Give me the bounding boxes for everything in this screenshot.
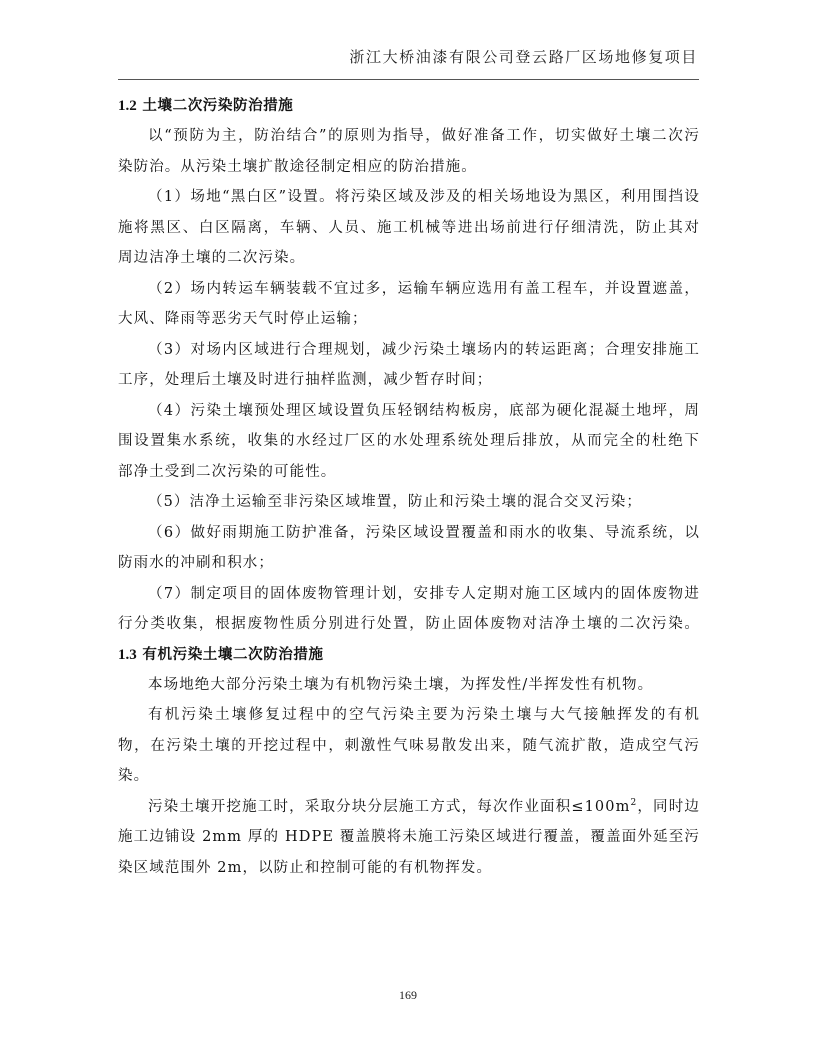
text-line: 物，在污染土壤的开挖过程中，刺激性气味易散发出来，随气流扩散，造成空气污 xyxy=(118,731,700,762)
paragraph-item-7: （7）制定项目的固体废物管理计划，安排专人定期对施工区域内的固体废物进 行分类收… xyxy=(118,579,700,640)
text-line: 施将黑区、白区隔离，车辆、人员、施工机械等进出场前进行仔细清洗，防止其对 xyxy=(118,213,700,244)
running-header: 浙江大桥油漆有限公司登云路厂区场地修复项目 xyxy=(118,46,698,67)
paragraph-item-5: （5）洁净土运输至非污染区域堆置，防止和污染土壤的混合交叉污染； xyxy=(118,487,700,518)
text-line: 周边洁净土壤的二次污染。 xyxy=(118,243,700,274)
paragraph-item-1: （1）场地“黑白区”设置。将污染区域及涉及的相关场地设为黑区，利用围挡设 施将黑… xyxy=(118,182,700,274)
text-line: 染区域范围外 2m，以防止和控制可能的有机物挥发。 xyxy=(118,853,700,884)
section-number: 1.3 xyxy=(118,647,137,663)
text-line: （5）洁净土运输至非污染区域堆置，防止和污染土壤的混合交叉污染； xyxy=(118,487,700,518)
paragraph-item-2: （2）场内转运车辆装载不宜过多，运输车辆应选用有盖工程车，并设置遮盖， 大风、降… xyxy=(118,274,700,335)
section-heading-1-2: 1.2 土壤二次污染防治措施 xyxy=(118,91,700,121)
header-divider xyxy=(118,79,699,80)
paragraph-item-3: （3）对场内区域进行合理规划，减少污染土壤场内的转运距离；合理安排施工 工序，处… xyxy=(118,335,700,396)
text-line: （1）场地“黑白区”设置。将污染区域及涉及的相关场地设为黑区，利用围挡设 xyxy=(118,182,700,213)
text-line: 行分类收集，根据废物性质分别进行处置，防止固体废物对洁净土壤的二次污染。 xyxy=(118,609,700,640)
page-number: 169 xyxy=(0,988,816,1003)
text-line: 本场地绝大部分污染土壤为有机物污染土壤，为挥发性/半挥发性有机物。 xyxy=(118,670,700,701)
paragraph-intro: 以“预防为主，防治结合”的原则为指导，做好准备工作，切实做好土壤二次污 染防治。… xyxy=(118,121,700,182)
section-title: 有机污染土壤二次防治措施 xyxy=(142,647,323,663)
text-segment: 污染土壤开挖施工时，采取分块分层施工方式，每次作业面积≤100m xyxy=(148,799,630,815)
text-line: 防雨水的冲刷和积水； xyxy=(118,548,700,579)
text-line: 染防治。从污染土壤扩散途径制定相应的防治措施。 xyxy=(118,152,700,183)
section-number: 1.2 xyxy=(118,98,137,114)
section-title: 土壤二次污染防治措施 xyxy=(142,98,293,114)
text-line: 污染土壤开挖施工时，采取分块分层施工方式，每次作业面积≤100m2，同时边 xyxy=(118,792,700,823)
text-line: 部净土受到二次污染的可能性。 xyxy=(118,457,700,488)
paragraph-air-pollution: 有机污染土壤修复过程中的空气污染主要为污染土壤与大气接触挥发的有机 物，在污染土… xyxy=(118,700,700,792)
text-line: （3）对场内区域进行合理规划，减少污染土壤场内的转运距离；合理安排施工 xyxy=(118,335,700,366)
text-segment: ，同时边 xyxy=(637,799,700,815)
paragraph-organic-intro: 本场地绝大部分污染土壤为有机物污染土壤，为挥发性/半挥发性有机物。 xyxy=(118,670,700,701)
text-line: 施工边铺设 2mm 厚的 HDPE 覆盖膜将未施工污染区域进行覆盖，覆盖面外延至… xyxy=(118,822,700,853)
text-line: 以“预防为主，防治结合”的原则为指导，做好准备工作，切实做好土壤二次污 xyxy=(118,121,700,152)
text-line: （6）做好雨期施工防护准备，污染区域设置覆盖和雨水的收集、导流系统，以 xyxy=(118,518,700,549)
text-line: 有机污染土壤修复过程中的空气污染主要为污染土壤与大气接触挥发的有机 xyxy=(118,700,700,731)
text-line: （4）污染土壤预处理区域设置负压轻钢结构板房，底部为硬化混凝土地坪，周 xyxy=(118,396,700,427)
text-line: 围设置集水系统，收集的水经过厂区的水处理系统处理后排放，从而完全的杜绝下 xyxy=(118,426,700,457)
document-body: 1.2 土壤二次污染防治措施 以“预防为主，防治结合”的原则为指导，做好准备工作… xyxy=(118,91,700,883)
paragraph-item-6: （6）做好雨期施工防护准备，污染区域设置覆盖和雨水的收集、导流系统，以 防雨水的… xyxy=(118,518,700,579)
text-line: （7）制定项目的固体废物管理计划，安排专人定期对施工区域内的固体废物进 xyxy=(118,579,700,610)
text-line: 工序，处理后土壤及时进行抽样监测，减少暂存时间； xyxy=(118,365,700,396)
section-heading-1-3: 1.3 有机污染土壤二次防治措施 xyxy=(118,640,700,670)
text-line: 染。 xyxy=(118,761,700,792)
text-line: （2）场内转运车辆装载不宜过多，运输车辆应选用有盖工程车，并设置遮盖， xyxy=(118,274,700,305)
paragraph-item-4: （4）污染土壤预处理区域设置负压轻钢结构板房，底部为硬化混凝土地坪，周 围设置集… xyxy=(118,396,700,488)
text-line: 大风、降雨等恶劣天气时停止运输； xyxy=(118,304,700,335)
paragraph-excavation: 污染土壤开挖施工时，采取分块分层施工方式，每次作业面积≤100m2，同时边 施工… xyxy=(118,792,700,884)
